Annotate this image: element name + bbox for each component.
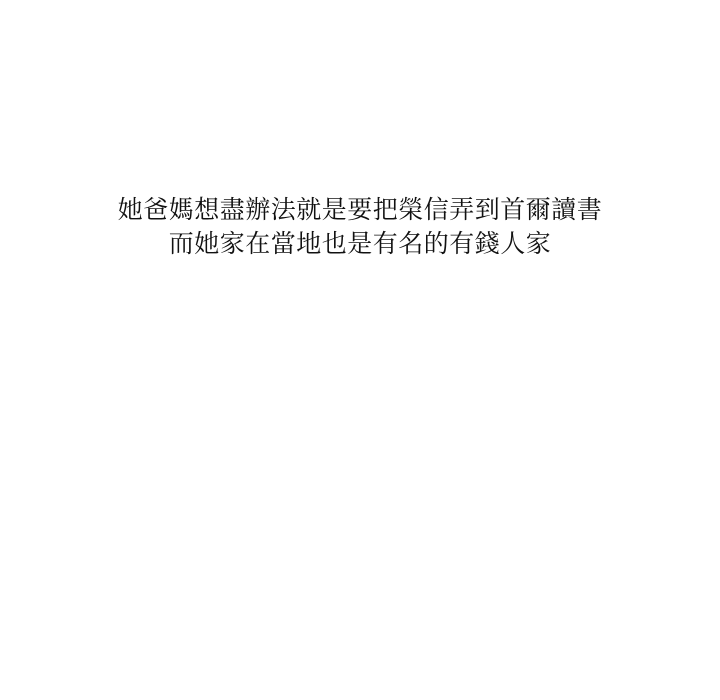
caption-line-1: 她爸媽想盡辦法就是要把榮信弄到首爾讀書 [0,193,720,227]
caption-text-block: 她爸媽想盡辦法就是要把榮信弄到首爾讀書 而她家在當地也是有名的有錢人家 [0,193,720,261]
caption-line-2: 而她家在當地也是有名的有錢人家 [0,227,720,261]
